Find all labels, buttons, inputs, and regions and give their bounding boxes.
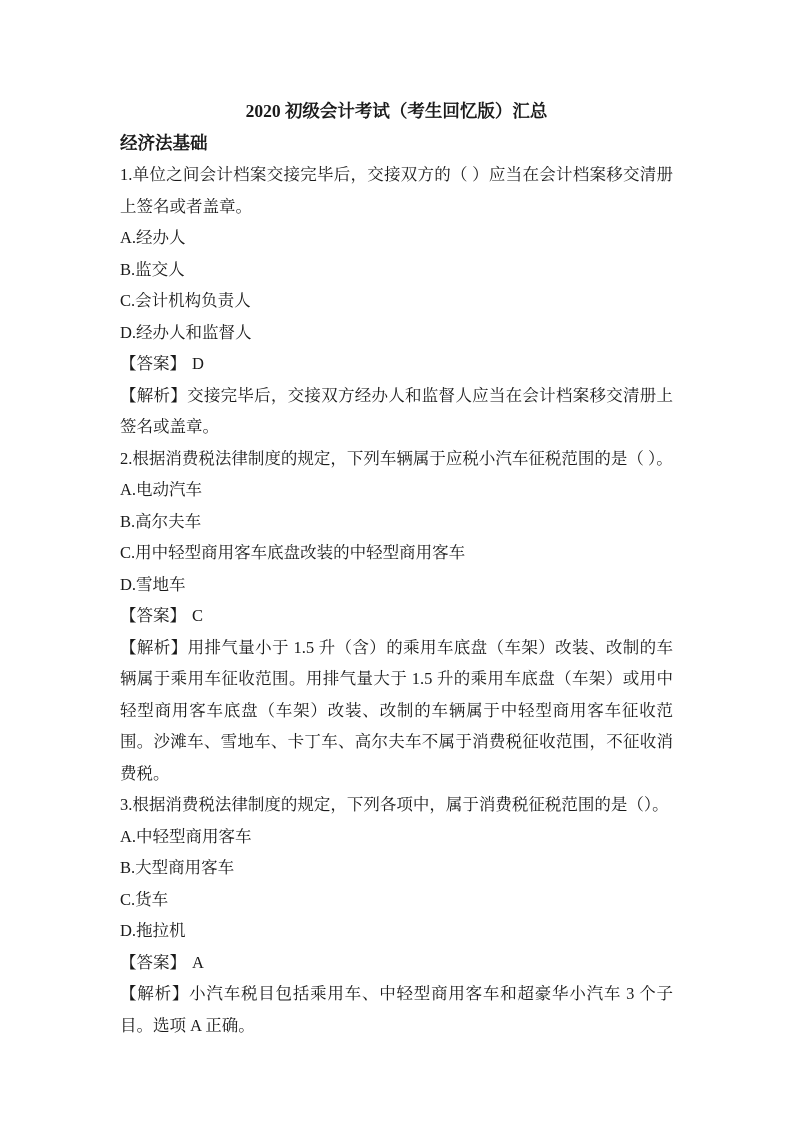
answer-value: A: [192, 953, 204, 972]
document-title: 2020 初级会计考试（考生回忆版）汇总: [120, 96, 673, 128]
answer-value: D: [192, 354, 204, 373]
option-b: B.大型商用客车: [120, 852, 673, 884]
question-block-3: 3.根据消费税法律制度的规定，下列各项中，属于消费税征税范围的是（）。 A.中轻…: [120, 789, 673, 1041]
answer-value: C: [192, 606, 203, 625]
answer-label: 【答案】: [120, 354, 186, 373]
analysis-line: 【解析】小汽车税目包括乘用车、中轻型商用客车和超豪华小汽车 3 个子目。选项 A…: [120, 978, 673, 1041]
answer-line: 【答案】A: [120, 947, 673, 979]
analysis-text: 小汽车税目包括乘用车、中轻型商用客车和超豪华小汽车 3 个子目。选项 A 正确。: [120, 984, 673, 1035]
option-d: D.拖拉机: [120, 915, 673, 947]
option-a: A.经办人: [120, 222, 673, 254]
option-b: B.监交人: [120, 254, 673, 286]
answer-line: 【答案】D: [120, 348, 673, 380]
analysis-label: 【解析】: [120, 638, 188, 657]
question-block-1: 1.单位之间会计档案交接完毕后，交接双方的（ ）应当在会计档案移交清册上签名或者…: [120, 159, 673, 443]
section-heading: 经济法基础: [120, 128, 673, 160]
question-stem: 2.根据消费税法律制度的规定，下列车辆属于应税小汽车征税范围的是（ ）。: [120, 443, 673, 475]
answer-label: 【答案】: [120, 953, 186, 972]
document-body: { "document": { "title": "2020 初级会计考试（考生…: [0, 0, 793, 1122]
option-c: C.用中轻型商用客车底盘改装的中轻型商用客车: [120, 537, 673, 569]
analysis-label: 【解析】: [120, 984, 189, 1003]
option-a: A.电动汽车: [120, 474, 673, 506]
analysis-line: 【解析】用排气量小于 1.5 升（含）的乘用车底盘（车架）改装、改制的车辆属于乘…: [120, 632, 673, 790]
option-a: A.中轻型商用客车: [120, 821, 673, 853]
answer-label: 【答案】: [120, 606, 186, 625]
question-block-2: 2.根据消费税法律制度的规定，下列车辆属于应税小汽车征税范围的是（ ）。 A.电…: [120, 443, 673, 790]
document-page: 2020 初级会计考试（考生回忆版）汇总 经济法基础 1.单位之间会计档案交接完…: [0, 0, 793, 1122]
analysis-text: 交接完毕后，交接双方经办人和监督人应当在会计档案移交清册上签名或盖章。: [120, 386, 673, 437]
option-b: B.高尔夫车: [120, 506, 673, 538]
option-c: C.会计机构负责人: [120, 285, 673, 317]
question-stem: 3.根据消费税法律制度的规定，下列各项中，属于消费税征税范围的是（）。: [120, 789, 673, 821]
question-stem: 1.单位之间会计档案交接完毕后，交接双方的（ ）应当在会计档案移交清册上签名或者…: [120, 159, 673, 222]
answer-line: 【答案】C: [120, 600, 673, 632]
analysis-text: 用排气量小于 1.5 升（含）的乘用车底盘（车架）改装、改制的车辆属于乘用车征收…: [120, 638, 673, 783]
option-c: C.货车: [120, 884, 673, 916]
analysis-label: 【解析】: [120, 386, 187, 405]
analysis-line: 【解析】交接完毕后，交接双方经办人和监督人应当在会计档案移交清册上签名或盖章。: [120, 380, 673, 443]
option-d: D.雪地车: [120, 569, 673, 601]
option-d: D.经办人和监督人: [120, 317, 673, 349]
